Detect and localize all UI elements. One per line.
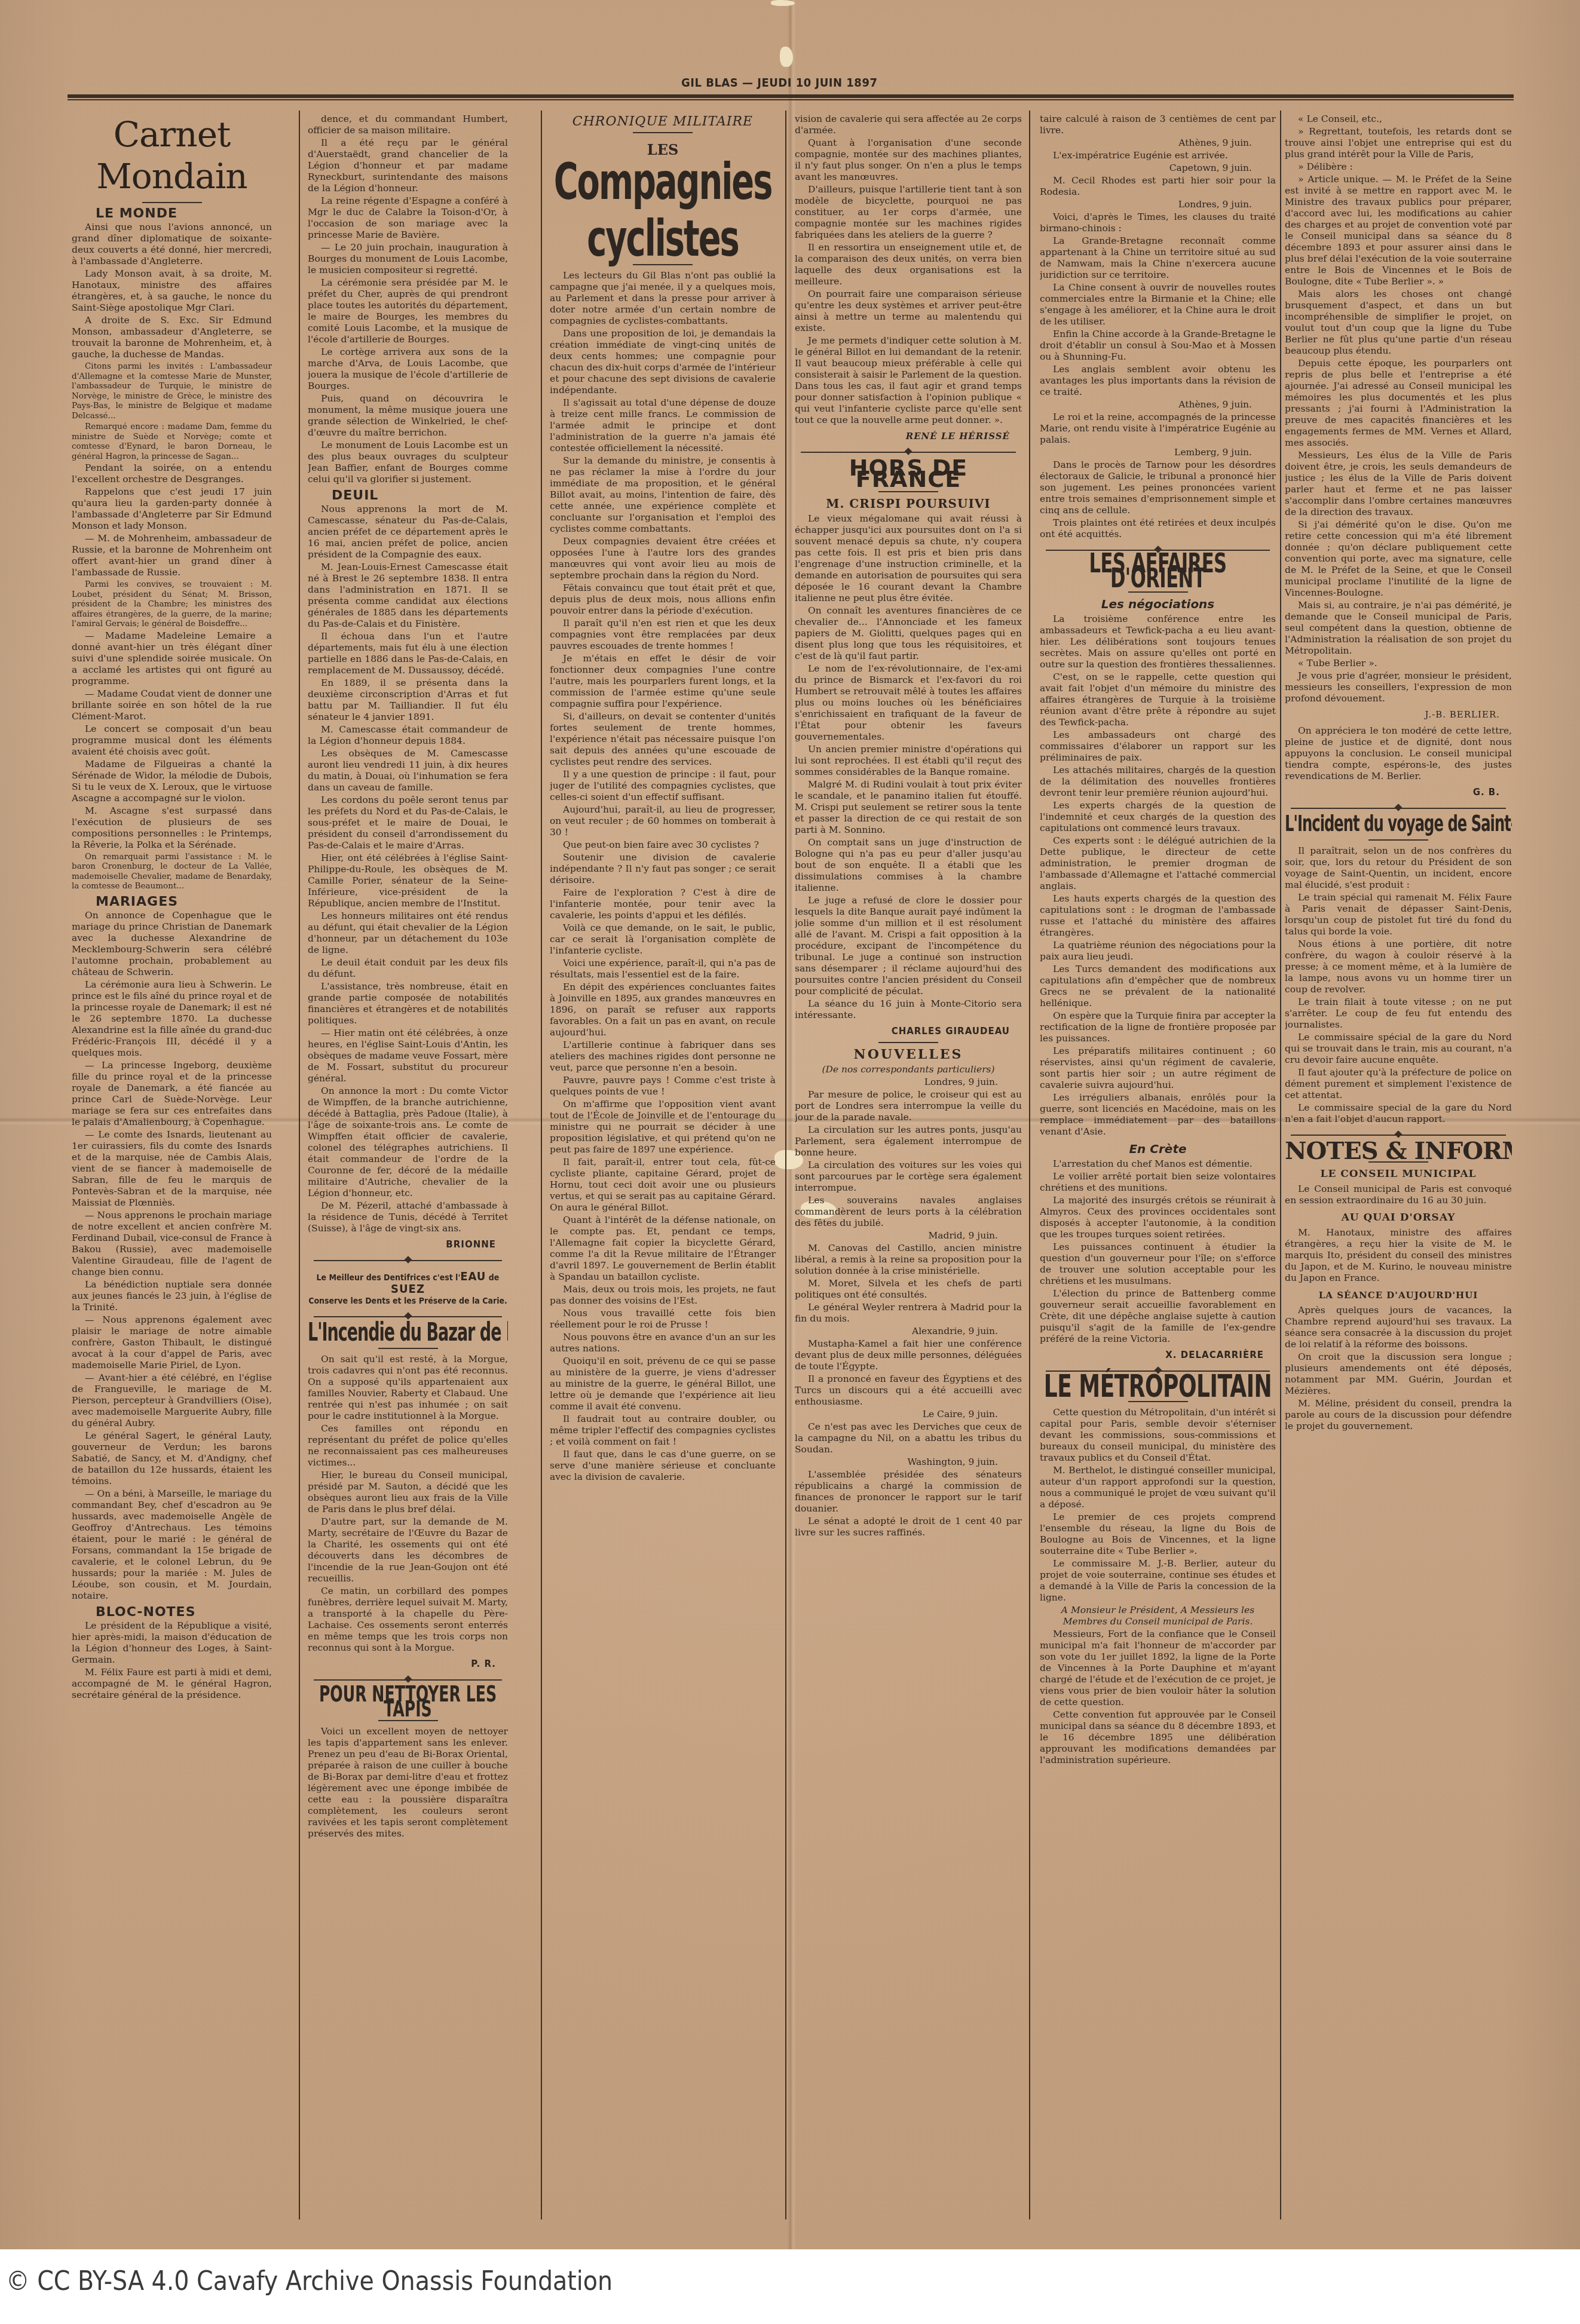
article-paragraph: M. Canovas del Castillo, ancien ministre… — [795, 1243, 1022, 1277]
article-paragraph: Remarqué encore : madame Dam, femme du m… — [72, 422, 272, 461]
article-paragraph: Voici, d'après le Times, les clauses du … — [1040, 211, 1276, 234]
subsection-mariages: MARIAGES — [96, 896, 272, 907]
article-paragraph: Cette question du Métropolitain, d'un in… — [1040, 1407, 1276, 1464]
article-paragraph: Quant à l'organisation d'une seconde com… — [795, 137, 1022, 183]
article-paragraph: A droite de S. Exc. Sir Edmund Monson, a… — [72, 315, 272, 360]
article-paragraph: Quoiqu'il en soit, prévenu de ce qui se … — [550, 1356, 776, 1412]
article-paragraph: Après quelques jours de vacances, la Cha… — [1285, 1305, 1512, 1350]
article-paragraph: Le Conseil municipal de Paris est convoq… — [1285, 1184, 1512, 1206]
title-rule — [633, 132, 693, 133]
article-paragraph: Le deuil était conduit par les deux fils… — [308, 957, 508, 980]
article-paragraph: » Regrettant, toutefois, les retards don… — [1285, 126, 1512, 160]
article-paragraph: Il faudrait tout au contraire doubler, o… — [550, 1414, 776, 1448]
article-paragraph: Le président de la République a visité, … — [72, 1620, 272, 1666]
article-paragraph: — Nous apprenons également avec plaisir … — [72, 1314, 272, 1371]
article-paragraph: Un ancien premier ministre d'opérations … — [795, 744, 1022, 778]
dateline: Madrid, 9 juin. — [795, 1230, 1022, 1241]
article-paragraph: Les honneurs militaires ont été rendus a… — [308, 910, 508, 956]
section-divider — [314, 1316, 502, 1317]
article-paragraph: Le commissaire M. J.-B. Berlier, auteur … — [1040, 1558, 1276, 1604]
article-paragraph: Lady Monson avait, à sa droite, M. Hanot… — [72, 268, 272, 314]
column-rule — [541, 111, 542, 2219]
article-paragraph: — Nous apprenons le prochain mariage de … — [72, 1210, 272, 1278]
ad-brand: EAU — [460, 1269, 486, 1283]
article-paragraph: Les ambassadeurs ont chargé des commissa… — [1040, 729, 1276, 764]
article-paragraph: M. Camescasse était commandeur de la Lég… — [308, 724, 508, 747]
dateline: Londres, 9 juin. — [795, 1077, 1022, 1088]
article-paragraph: Il y a une question de principe : il fau… — [550, 769, 776, 803]
paper-tear — [771, 0, 795, 6]
article-paragraph: Je m'étais en effet le désir de voir fon… — [550, 653, 776, 710]
article-paragraph: Parmi les convives, se trouvaient : M. L… — [72, 580, 272, 629]
article-paragraph: — On a béni, à Marseille, le mariage du … — [72, 1488, 272, 1602]
subsection-bloc-notes: BLOC-NOTES — [96, 1606, 272, 1618]
subheading-negociations: Les négociations — [1040, 599, 1276, 610]
article-paragraph: L'élection du prince de Battenberg comme… — [1040, 1288, 1276, 1345]
article-paragraph: On connaît les aventures financières de … — [795, 605, 1022, 662]
article-paragraph: Le roi et la reine, accompagnés de la pr… — [1040, 412, 1276, 446]
article-paragraph: Il échoua dans l'un et l'autre départeme… — [308, 631, 508, 676]
kicker-chronique-militaire: CHRONIQUE MILITAIRE — [550, 116, 776, 127]
article-paragraph: Aujourd'hui, paraît-il, au lieu de progr… — [550, 804, 776, 838]
article-paragraph: Citons parmi les invités : L'ambassadeur… — [72, 361, 272, 421]
article-paragraph: Les puissances continuent à étudier la q… — [1040, 1241, 1276, 1287]
article-paragraph: On annonce la mort : Du comte Victor de … — [308, 1086, 508, 1199]
section-divider — [314, 1260, 502, 1261]
article-paragraph: Deux compagnies devaient être créées et … — [550, 536, 776, 581]
article-paragraph: — Hier matin ont été célébrées, à onze h… — [308, 1028, 508, 1084]
article-paragraph: Le cortège arrivera aux sons de la march… — [308, 347, 508, 392]
section-divider — [801, 452, 1016, 453]
column-compagnies-cyclistes: CHRONIQUE MILITAIRE LES Compagnies cycli… — [550, 114, 776, 2216]
article-paragraph: Pendant la soirée, on a entendu l'excell… — [72, 462, 272, 485]
article-paragraph: M. Cecil Rhodes est parti hier soir pour… — [1040, 175, 1276, 198]
article-paragraph: Le général Weyler rentrera à Madrid pour… — [795, 1302, 1022, 1325]
article-paragraph: L'assistance, très nombreuse, était en g… — [308, 981, 508, 1026]
dateline: Lemberg, 9 juin. — [1040, 447, 1276, 458]
article-paragraph: La bénédiction nuptiale sera donnée aux … — [72, 1279, 272, 1313]
article-paragraph: — M. de Mohrenheim, ambassadeur de Russi… — [72, 533, 272, 578]
article-paragraph: Depuis cette époque, les pourparlers ont… — [1285, 358, 1512, 449]
section-divider — [1291, 808, 1506, 809]
article-paragraph: Il paraîtrait, selon un de nos confrères… — [1285, 845, 1512, 891]
article-paragraph: — Madame Coudat vient de donner une bril… — [72, 688, 272, 722]
article-paragraph: Il en ressortira un enseignement utile e… — [795, 242, 1022, 287]
header-rule — [68, 94, 1514, 100]
newspaper-page: GIL BLAS — JEUDI 10 JUIN 1897 Carnet Mon… — [0, 0, 1580, 2249]
article-paragraph: Cette convention fut approuvée par le Co… — [1040, 1709, 1276, 1766]
byline-pr: P. R. — [308, 1658, 508, 1670]
article-paragraph: Le monument de Louis Lacombe est un des … — [308, 440, 508, 485]
column-rule — [785, 111, 786, 2219]
article-paragraph: Le nom de l'ex-révolutionnaire, de l'ex-… — [795, 663, 1022, 743]
license-text: © CC BY-SA 4.0 Cavafy Archive Onassis Fo… — [6, 2266, 613, 2297]
column-rule — [299, 111, 300, 2219]
dateline: Alexandrie, 9 juin. — [795, 1326, 1022, 1337]
article-paragraph: Les hauts experts chargés de la question… — [1040, 893, 1276, 939]
article-paragraph: Quant à l'intérêt de la défense national… — [550, 1215, 776, 1283]
article-paragraph: M. Méline, président du conseil, prendra… — [1285, 1398, 1512, 1432]
byline-gb: G. B. — [1285, 787, 1512, 798]
ad-brand: SUEZ — [391, 1281, 425, 1296]
subheading-quai-orsay: AU QUAI D'ORSAY — [1285, 1212, 1512, 1224]
title-rule — [878, 1042, 938, 1043]
article-paragraph: Les anglais semblent avoir obtenu les av… — [1040, 364, 1276, 398]
article-paragraph: On croit que la discussion sera longue ;… — [1285, 1351, 1512, 1397]
article-paragraph: Les souverains navales anglaises command… — [795, 1195, 1022, 1229]
article-paragraph: « Le Conseil, etc., — [1285, 114, 1512, 125]
section-title-affaires-orient: LES AFFAIRES D'ORIENT — [1040, 557, 1276, 586]
article-paragraph: Puis, quand on découvrira le monument, l… — [308, 393, 508, 439]
article-paragraph: Le général Sagert, le général Lauty, gou… — [72, 1430, 272, 1487]
article-paragraph: — Le comte des Isnards, lieutenant au 1e… — [72, 1129, 272, 1209]
article-title-bazar: L'Incendie du Bazar de la Charité — [308, 1325, 508, 1341]
article-paragraph: Messieurs, Fort de la confiance que le C… — [1040, 1629, 1276, 1708]
article-paragraph: Mais alors les choses ont changé brusque… — [1285, 289, 1512, 357]
article-paragraph: Nous pouvons être en avance d'un an sur … — [550, 1332, 776, 1354]
column-notes-informations: « Le Conseil, etc., » Regrettant, toutef… — [1285, 114, 1512, 2216]
article-paragraph: Nous vous travaillé cette fois bien réel… — [550, 1308, 776, 1330]
column-rule — [1029, 111, 1030, 2219]
subtitle-correspondants: (De nos correspondants particuliers) — [795, 1064, 1022, 1075]
article-paragraph: dence, et du commandant Humbert, officie… — [308, 114, 508, 136]
article-paragraph: M. Moret, Silvela et les chefs de parti … — [795, 1278, 1022, 1301]
article-paragraph: La séance du 16 juin à Monte-Citorio ser… — [795, 998, 1022, 1021]
dateline: Capetown, 9 juin. — [1040, 163, 1276, 174]
dateline: Athènes, 9 juin. — [1040, 137, 1276, 149]
article-paragraph: Par mesure de police, le croiseur qui es… — [795, 1089, 1022, 1123]
article-paragraph: Il faut ajouter qu'à la préfecture de po… — [1285, 1067, 1512, 1101]
article-paragraph: M. Jean-Louis-Ernest Camescasse était né… — [308, 562, 508, 630]
article-paragraph: Mais si, au contraire, je n'ai pas démér… — [1285, 600, 1512, 657]
article-paragraph: Voilà ce que demande, on le sait, le pub… — [550, 922, 776, 956]
article-paragraph: Le train spécial qui ramenait M. Félix F… — [1285, 892, 1512, 937]
article-paragraph: Il fait, paraît-il, entrer tout cela, fû… — [550, 1157, 776, 1213]
subsection-le-monde: LE MONDE — [96, 208, 272, 219]
article-paragraph: L'ex-impératrice Eugénie est arrivée. — [1040, 150, 1276, 161]
byline-delacarriere: X. DELACARRIÈRE — [1040, 1350, 1276, 1361]
article-paragraph: Fêtais convaincu que tout était prêt et … — [550, 582, 776, 617]
article-paragraph: Soutenir une division de cavalerie indép… — [550, 852, 776, 886]
article-paragraph: En dépit des expériences concluantes fai… — [550, 982, 776, 1038]
byline-rene-le-herisse: RENÉ LE HÉRISSÉ — [795, 431, 1022, 442]
article-paragraph: Les obsèques de M. Camescasse auront lie… — [308, 748, 508, 793]
article-title-tapis: POUR NETTOYER LES TAPIS — [308, 1687, 508, 1716]
advertisement-eau-de-suez: Le Meilleur des Dentifrices c'est l'EAU … — [308, 1271, 508, 1307]
article-paragraph: taire calculé à raison de 3 centièmes de… — [1040, 114, 1276, 136]
article-paragraph: M. Hanotaux, ministre des affaires étran… — [1285, 1227, 1512, 1284]
section-title-hors-de-france: HORS DE FRANCE — [795, 462, 1022, 485]
article-paragraph: Hier, le bureau du Conseil municipal, pr… — [308, 1470, 508, 1515]
article-paragraph: Les Turcs demandent des modifications au… — [1040, 964, 1276, 1009]
article-paragraph: Voici une expérience, paraît-il, qui n'a… — [550, 958, 776, 980]
column-affaires-orient: taire calculé à raison de 3 centièmes de… — [1040, 114, 1276, 2216]
article-paragraph: Dans une proposition de loi, je demandai… — [550, 328, 776, 396]
article-paragraph: On appréciera le ton modéré de cette let… — [1285, 725, 1512, 782]
article-paragraph: Sur la demande du ministre, je consentis… — [550, 455, 776, 535]
article-paragraph: On remarquait parmi l'assistance : M. le… — [72, 852, 272, 891]
article-paragraph: Ce n'est pas avec les Derviches que ceux… — [795, 1421, 1022, 1455]
article-paragraph: Pauvre, pauvre pays ! Comme c'est triste… — [550, 1075, 776, 1097]
article-paragraph: Faire de l'exploration ? C'est à dire de… — [550, 887, 776, 921]
article-paragraph: Il faut que, dans le cas d'une guerre, o… — [550, 1449, 776, 1483]
subheading-seance-aujourdhui: LA SÉANCE D'AUJOURD'HUI — [1285, 1290, 1512, 1301]
article-paragraph: C'est, on se le rappelle, cette question… — [1040, 672, 1276, 728]
article-paragraph: Il s'agissait au total d'une dépense de … — [550, 397, 776, 454]
article-paragraph: » Délibère : — [1285, 161, 1512, 173]
subheading-crispi-poursuivi: M. CRISPI POURSUIVI — [795, 498, 1022, 510]
signature-berlier: J.-B. BERLIER. — [1285, 709, 1512, 720]
article-paragraph: La troisième conférence entre les ambass… — [1040, 614, 1276, 670]
ad-text: de — [486, 1273, 499, 1283]
article-paragraph: On espère que la Turquie finira par acce… — [1040, 1010, 1276, 1044]
article-paragraph: M. Félix Faure est parti à midi et demi,… — [72, 1667, 272, 1701]
dateline: Le Caire, 9 juin. — [795, 1409, 1022, 1420]
article-paragraph: « Tube Berlier ». — [1285, 658, 1512, 669]
subheading-en-crete: En Crète — [1040, 1143, 1276, 1155]
article-paragraph: Les irréguliers albanais, enrôlés pour l… — [1040, 1092, 1276, 1138]
article-paragraph: Le vieux mégalomane qui avait réussi à é… — [795, 513, 1022, 604]
article-paragraph: On annonce de Copenhague que le mariage … — [72, 910, 272, 978]
article-paragraph: Rappelons que c'est jeudi 17 juin qu'aur… — [72, 486, 272, 532]
section-title-nouvelles: NOUVELLES — [795, 1049, 1022, 1060]
ad-text: Le Meilleur des Dentifrices c'est l' — [317, 1273, 461, 1283]
article-paragraph: Trois plaintes ont été retirées et deux … — [1040, 517, 1276, 540]
subheading-conseil-municipal: LE CONSEIL MUNICIPAL — [1285, 1169, 1512, 1180]
article-paragraph: La reine régente d'Espagne a conféré à M… — [308, 195, 508, 241]
article-paragraph: Les préparatifs militaires continuent ; … — [1040, 1046, 1276, 1091]
article-paragraph: Le sénat a adopté le droit de 1 cent 40 … — [795, 1516, 1022, 1538]
article-paragraph: Ces familles ont répondu en représentant… — [308, 1423, 508, 1468]
article-paragraph: Il a prononcé en faveur des Égyptiens et… — [795, 1373, 1022, 1408]
article-paragraph: Ce matin, un corbillard des pompes funèb… — [308, 1586, 508, 1654]
article-paragraph: Les lecteurs du Gil Blas n'ont pas oubli… — [550, 270, 776, 327]
article-paragraph: — La princesse Ingeborg, deuxième fille … — [72, 1060, 272, 1128]
article-paragraph: Voici un excellent moyen de nettoyer les… — [308, 1726, 508, 1839]
article-paragraph: La quatrième réunion des négociations po… — [1040, 940, 1276, 962]
title-rule — [1368, 839, 1428, 841]
running-head: GIL BLAS — JEUDI 10 JUIN 1897 — [681, 75, 877, 90]
article-paragraph: D'autre part, sur la demande de M. Marty… — [308, 1516, 508, 1584]
article-paragraph: La cérémonie sera présidée par M. le pré… — [308, 277, 508, 345]
article-paragraph: Dans le procès de Tarnow pour les désord… — [1040, 459, 1276, 516]
byline-charles-giraudeau: CHARLES GIRAUDEAU — [795, 1026, 1022, 1037]
article-paragraph: Le premier de ces projets comprend l'ens… — [1040, 1511, 1276, 1557]
article-paragraph: Madame de Filgueiras a chanté la Sérénad… — [72, 759, 272, 804]
article-paragraph: L'assemblée présidée des sénateurs répub… — [795, 1469, 1022, 1514]
article-paragraph: Nous apprenons la mort de M. Camescasse,… — [308, 504, 508, 560]
article-paragraph: Les cordons du poêle seront tenus par le… — [308, 795, 508, 851]
article-paragraph: La Chine consent à ouvrir de nouvelles r… — [1040, 282, 1276, 327]
article-paragraph: Ainsi que nous l'avions annoncé, un gran… — [72, 222, 272, 267]
article-paragraph: Mustapha-Kamel a fait hier une conférenc… — [795, 1338, 1022, 1372]
ad-tagline: Conserve les Dents et les Préserve de la… — [308, 1296, 508, 1307]
byline-brionne: BRIONNE — [308, 1239, 508, 1250]
article-paragraph: Les attachés militaires, chargés de la q… — [1040, 765, 1276, 799]
subsection-deuil: DEUIL — [332, 490, 508, 501]
article-paragraph: Messieurs, Les élus de la Ville de Paris… — [1285, 450, 1512, 518]
article-paragraph: La cérémonie aura lieu à Schwerin. Le pr… — [72, 979, 272, 1059]
article-paragraph: » Article unique. — M. le Préfet de la S… — [1285, 174, 1512, 287]
article-paragraph: M. Ascagne s'est surpassé dans l'exécuti… — [72, 805, 272, 851]
section-divider — [314, 1679, 502, 1681]
article-paragraph: Le commissaire spécial de la gare du Nor… — [1285, 1032, 1512, 1066]
article-paragraph: La circulation des voitures sur les voie… — [795, 1160, 1022, 1194]
article-paragraph: Le concert se composait d'un beau progra… — [72, 723, 272, 758]
article-paragraph: Hier, ont été célébrées à l'église Saint… — [308, 853, 508, 909]
dateline: Athènes, 9 juin. — [1040, 399, 1276, 410]
column-deuil-bazar: dence, et du commandant Humbert, officie… — [308, 114, 508, 2216]
paper-tear — [780, 47, 793, 67]
article-paragraph: Si j'ai démérité qu'on le dise. Qu'on me… — [1285, 519, 1512, 599]
article-paragraph: Je me permets d'indiquer cette solution … — [795, 335, 1022, 426]
article-paragraph: Le juge a refusé de clore le dossier pou… — [795, 895, 1022, 997]
title-rule — [142, 202, 202, 203]
dateline: Londres, 9 juin. — [1040, 199, 1276, 210]
article-paragraph: — Avant-hier a été célébré, en l'église … — [72, 1372, 272, 1429]
article-paragraph: La Grande-Bretagne reconnaît comme appar… — [1040, 235, 1276, 281]
article-paragraph: De M. Pézeril, attaché d'ambassade à la … — [308, 1200, 508, 1234]
column-carnet-mondain: Carnet Mondain LE MONDE Ainsi que nous l… — [72, 114, 272, 2216]
license-footer: © CC BY-SA 4.0 Cavafy Archive Onassis Fo… — [0, 2249, 1580, 2324]
article-paragraph: Mais, deux ou trois mois, les projets, n… — [550, 1284, 776, 1307]
section-title-carnet-mondain: Carnet Mondain — [72, 114, 272, 197]
article-paragraph: On pourrait faire une comparaison sérieu… — [795, 289, 1022, 334]
article-paragraph: — Le 20 juin prochain, inauguration à Bo… — [308, 242, 508, 276]
article-paragraph: Il paraît qu'il n'en est rien et que les… — [550, 618, 776, 652]
article-paragraph: vision de cavalerie qui sera affectée au… — [795, 114, 1022, 136]
article-paragraph: Enfin la Chine accorde à la Grande-Breta… — [1040, 329, 1276, 363]
article-paragraph: Nous étions à une portière, dit notre co… — [1285, 939, 1512, 995]
article-paragraph: M. Berthelot, le distingué conseiller mu… — [1040, 1465, 1276, 1510]
article-paragraph: On sait qu'il est resté, à la Morgue, tr… — [308, 1354, 508, 1422]
article-paragraph: Le commissaire special de la gare du Nor… — [1285, 1102, 1512, 1125]
article-paragraph: La circulation sur les autres ponts, jus… — [795, 1124, 1022, 1158]
article-paragraph: Je vous prie d'agréer, monsieur le prési… — [1285, 670, 1512, 704]
column-hors-de-france: vision de cavalerie qui sera affectée au… — [795, 114, 1022, 2216]
section-divider — [1291, 1135, 1506, 1136]
article-paragraph: — Madame Madeleine Lemaire a donné avant… — [72, 630, 272, 687]
article-paragraph: Que peut-on bien faire avec 30 cyclistes… — [550, 839, 776, 851]
article-paragraph: Le voilier arrêté portait bien seize vol… — [1040, 1171, 1276, 1194]
article-paragraph: Il a été reçu par le général d'Auerstaëd… — [308, 137, 508, 194]
title-rule — [378, 1348, 438, 1349]
article-title-compagnies-cyclistes: Compagnies cyclistes — [550, 154, 776, 267]
section-title-metropolitain: LE MÉTROPOLITAIN — [1040, 1379, 1276, 1394]
article-paragraph: Malgré M. di Rudini voulait à tout prix … — [795, 779, 1022, 836]
article-paragraph: On comptait sans un juge d'instruction d… — [795, 837, 1022, 894]
section-title-notes-informations: NOTES & INFORMATIONS — [1285, 1145, 1512, 1157]
article-paragraph: La majorité des insurgés crétois se réun… — [1040, 1195, 1276, 1240]
article-paragraph: Le train filait à toute vitesse ; on ne … — [1285, 997, 1512, 1031]
article-paragraph: Si, d'ailleurs, on devait se contenter d… — [550, 711, 776, 768]
article-paragraph: D'ailleurs, puisque l'artillerie tient t… — [795, 184, 1022, 241]
article-paragraph: En 1889, il se présenta dans la deuxième… — [308, 677, 508, 723]
article-paragraph: Ces experts sont : le délégué autrichien… — [1040, 835, 1276, 892]
article-title-incident-saint-quentin: L'Incident du voyage de Saint-Quentin — [1285, 816, 1512, 832]
column-rule — [1280, 111, 1281, 2219]
article-paragraph: L'arrestation du chef Manos est démentie… — [1040, 1158, 1276, 1170]
article-paragraph: L'artillerie continue à fabriquer dans s… — [550, 1040, 776, 1074]
dateline: Washington, 9 juin. — [795, 1457, 1022, 1468]
article-paragraph: Les experts chargés de la question de l'… — [1040, 800, 1276, 834]
article-paragraph: On m'affirme que l'opposition vient avan… — [550, 1099, 776, 1155]
letter-salutation: A Monsieur le Président, A Messieurs les… — [1040, 1605, 1276, 1627]
